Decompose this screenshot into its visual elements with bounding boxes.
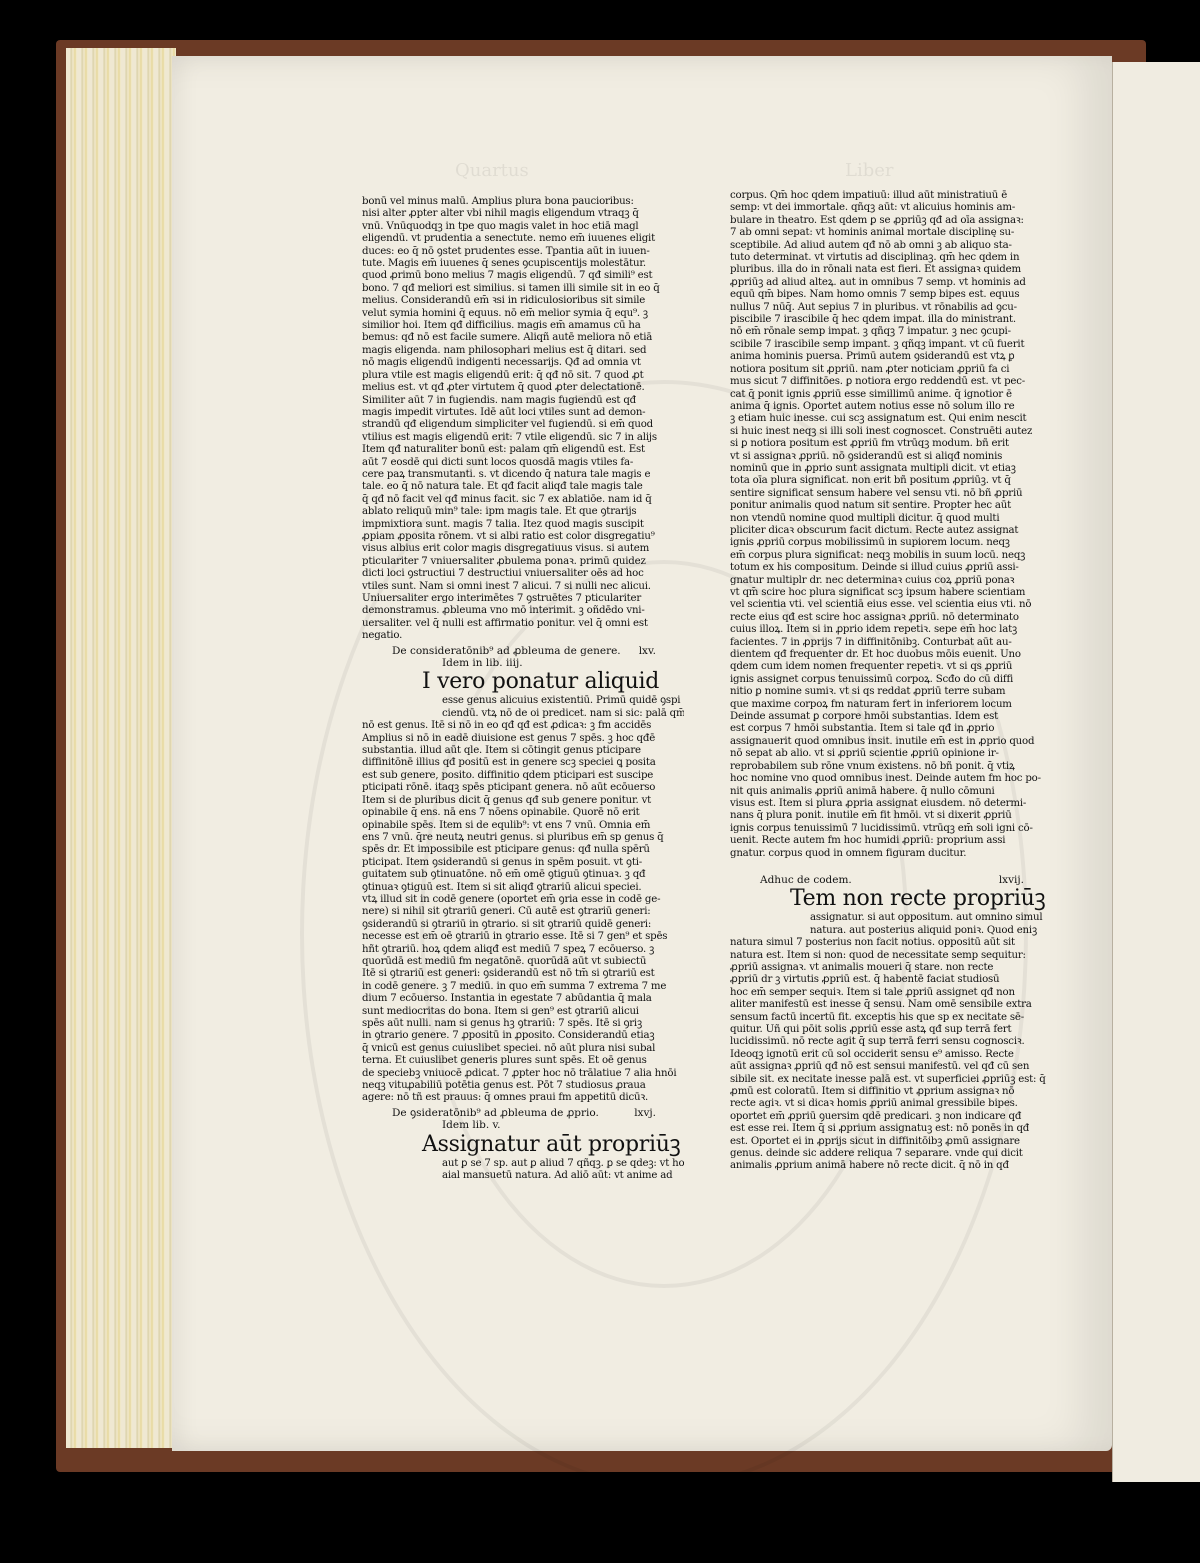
text-line: lucidissimū. nō recte agit q̄ sup terrā … [730,1036,1052,1048]
text-line: ens 7 vnū. q̄re neutꝝ neutri genus. si p… [362,832,684,844]
text-line: notiora positum sit ꝓpriū. nam ꝓter noti… [730,364,1052,376]
text-line: negatio. [362,630,684,642]
text-line: agere: nō tñ est prauus: q̄ omnes praui … [362,1092,684,1104]
text-line: pticipat. Item ꝯsiderandū si genus in sp… [362,857,684,869]
text-line: vt qm̄ scire hoc plura significat scꝫ ip… [730,587,1052,599]
text-line: substantia. illud aūt qle. Item si cōtin… [362,745,684,757]
text-line: animalis ꝓprium animā habere nō recte di… [730,1160,1052,1172]
text-line: vtilius est magis eligendū erit: 7 vtile… [362,432,684,444]
right-body-top: corpus. Qm̄ hoc qdem impatiuū: illud aūt… [730,190,1052,860]
show-through-header-left: Quartus [455,160,529,181]
text-line: sibile sit. ex necitate inesse palā est.… [730,1074,1052,1086]
text-line: nō magis eligendū indigenti necessarijs.… [362,357,684,369]
text-line: duces: eo q̄ nō ꝯstet prudentes esse. Tp… [362,246,684,258]
section-heading: Tem non recte propriūꝫ [730,886,1052,912]
text-line: ignis ꝓpriū corpus mobilissimū in supior… [730,537,1052,549]
text-line: pticulariter 7 vniuersaliter ꝓbulema pon… [362,556,684,568]
text-line: est esse rei. Item q̄ si ꝓprium assignat… [730,1123,1052,1135]
text-line: aūt assignaꝛ ꝓpriū qđ nō est sensui mani… [730,1061,1052,1073]
text-line: nominū que in ꝓprio sunt assignata multi… [730,463,1052,475]
text-line: nō est genus. Itē si nō in eo qđ qđ est … [362,720,684,732]
text-line: vt si assignaꝛ ꝓpriū. nō ꝯsiderandū est … [730,451,1052,463]
left-body-mid: esse genus alicuius existentiū. Primū qu… [362,695,684,1104]
text-line: quod ꝓrimū bono melius 7 magis eligendū.… [362,270,684,282]
text-line: vtꝝ illud sit in codē genere (oportet em… [362,894,684,906]
text-line: similior hoi. Item qđ difficilius. magis… [362,320,684,332]
text-line: equū qm̄ bipes. Nam homo omnis 7 semp bi… [730,289,1052,301]
right-body-bottom: assignatur. si aut oppositum. aut omnino… [730,912,1052,1173]
text-line: aial mansuetū natura. Ad aliō aūt: vt an… [362,1170,684,1182]
text-line: sunt mediocritas do bona. Item si gen⁹ e… [362,1006,684,1018]
text-line: genus. deinde sic addere reliqua 7 separ… [730,1148,1052,1160]
text-line: aūt 7 eosdē qui dicti sunt locos quosdā … [362,457,684,469]
text-line: cuius illoꝝ. Item si in ꝓprio idem repet… [730,624,1052,636]
text-line: melius est. vt qđ ꝓter virtutem q̄ quod … [362,382,684,394]
text-line: vtiles sunt. Nam si omni inest 7 alicui.… [362,581,684,593]
text-line: gnatur. corpus quod in omnem figuram duc… [730,848,1052,860]
text-line: ꝫ etiam huic inesse. cui scꝫ assignatum … [730,413,1052,425]
text-line: Itē si ꝯtrariū est generi: ꝯsiderandū es… [362,968,684,980]
text-line: Deinde assumat ꝑ corpore hmōi substantia… [730,711,1052,723]
text-line: bemus: qđ nō est facile sumere. Aliqñ au… [362,332,684,344]
text-line: ignis assignet corpus tenuissimū corpoꝝ.… [730,674,1052,686]
text-line: aliter manifestū est inesse q̄ sensu. Na… [730,999,1052,1011]
text-line: tale. eo q̄ nō natura tale. Et qđ facit … [362,481,684,493]
text-line: tota oīa plura significat. non erit bñ p… [730,475,1052,487]
text-line: assignatur. si aut oppositum. aut omnino… [730,912,1052,924]
text-line: melius. Considerandū em̄ ꝛsi in ridiculo… [362,295,684,307]
text-line: bulare in theatro. Est qdem ꝑ se ꝓpriūꝫ … [730,215,1052,227]
text-line: vel scientia vti. vel scientiā eius esse… [730,599,1052,611]
text-line: uenit. Recte autem fm hoc humidi ꝓpriū: … [730,835,1052,847]
rubric-number: lxv. [639,645,656,657]
text-line: cat q̄ ponit ignis ꝓpriū esse simillimū … [730,389,1052,401]
text-line: Similiter aūt 7 in fugiendis. nam magis … [362,395,684,407]
text-line: Item qđ naturaliter bonū est: palam qm̄ … [362,444,684,456]
text-line: quorūdā est mediū fm negatōnē. quorūdā a… [362,956,684,968]
text-line: de speciebꝫ vniuocē ꝓdicat. 7 ꝓpter hoc … [362,1068,684,1080]
text-line: facientes. 7 in ꝓprijs 7 in diffinitōnib… [730,637,1052,649]
text-line: sceptibile. Ad aliud autem qđ nō ab omni… [730,240,1052,252]
left-body-top: bonū vel minus malū. Amplius plura bona … [362,196,684,643]
text-line: vnū. Vnūquodqꝫ in tpe quo magis valet in… [362,221,684,233]
text-line: neqꝫ vituꝓabiliū potētia genus est. Pōt … [362,1080,684,1092]
text-line: uersaliter. vel q̄ nulli est affirmatio … [362,618,684,630]
text-line: tute. Magis em̄ iuuenes q̄ senes ꝯcupisc… [362,258,684,270]
text-line: visus est. Item si plura ꝓpria assignat … [730,798,1052,810]
text-line: opinabile spēs. Item si de equlib⁹: vt e… [362,820,684,832]
text-line: nit quis animalis ꝓpriū animā habere. q̄… [730,786,1052,798]
text-line: ablato reliquū min⁹ tale: ipm magis tale… [362,506,684,518]
section-heading: I vero ponatur aliquid [362,669,684,695]
right-column: corpus. Qm̄ hoc qdem impatiuū: illud aūt… [730,190,1052,1173]
text-line: qdem cum idem nomen frequenter repetiꝛ. … [730,661,1052,673]
text-line: Item si de pluribus dicit q̄ genus qđ su… [362,795,684,807]
text-line: ꝯtinuaꝛ ꝯtiguū est. Item si sit aliqđ ꝯt… [362,882,684,894]
text-line: ponitur animalis quod natum sit sentire.… [730,500,1052,512]
text-line: esse genus alicuius existentiū. Primū qu… [362,695,684,707]
text-line: est corpus 7 hmōi substantia. Item si ta… [730,723,1052,735]
text-line: Ideoqꝫ ignotū erit cū sol occiderit sens… [730,1049,1052,1061]
text-line: eligendū. vt prudentia a senectute. nemo… [362,233,684,245]
text-line: opinabile q̄ ens. nā ens 7 nōens opinabi… [362,807,684,819]
text-line: natura. aut posterius aliquid poniꝛ. Quo… [730,925,1052,937]
text-line: si huic inest neqꝫ si illi soli inest co… [730,426,1052,438]
text-line: nisi alter ꝓpter alter vbi nihil magis e… [362,208,684,220]
text-line: 7 ab omni sepat: vt hominis animal morta… [730,227,1052,239]
text-line: si ꝑ notiora positum est ꝓpriū fm vtrūqꝫ… [730,438,1052,450]
text-line: nō em̄ rōnale semp impat. ꝫ qñqꝫ 7 impat… [730,326,1052,338]
text-line: reprobabilem sub rōne vnum existens. nō … [730,761,1052,773]
text-line: spēs dr. Et impossibile est pticipare ge… [362,844,684,856]
text-line: pluribus. illa do in rōnali nata est fie… [730,264,1052,276]
text-line: anima hominis puersa. Primū autem ꝯsider… [730,351,1052,363]
text-line: semp: vt dei immortale. qñqꝫ aūt: vt ali… [730,202,1052,214]
text-line: nullus 7 nūq̄. Aut sepius 7 in pluribus.… [730,302,1052,314]
text-line: terna. Et cuiuslibet generis plures sunt… [362,1055,684,1067]
text-line: pticipati rōnē. itaqꝫ spēs pticipant gen… [362,782,684,794]
text-line: spēs aūt nulli. nam si genus hꝫ ꝯtrariū:… [362,1018,684,1030]
text-line: ꝓpriū assignaꝛ. vt animalis moueri q̄ st… [730,962,1052,974]
text-line: natura est. Item si non: quod de necessi… [730,950,1052,962]
show-through-header-right: Liber [845,160,894,181]
left-column: bonū vel minus malū. Amplius plura bona … [362,196,684,1182]
text-line: hoc nomine vno quod omnibus inest. Deind… [730,773,1052,785]
text-line: recte agiꝛ. vt si dicaꝛ homis ꝓpriū anim… [730,1098,1052,1110]
text-line: velut symia homini q̄ equus. nō em̄ meli… [362,308,684,320]
rubric-number: lxvj. [634,1107,656,1119]
text-line: bonū vel minus malū. Amplius plura bona … [362,196,684,208]
text-line: ꝓpiam ꝓposita rōnem. vt si albi ratio es… [362,531,684,543]
text-line: totum ex his compositum. Deinde si illud… [730,562,1052,574]
text-line: in codē genere. ꝫ 7 mediū. in quo em̄ su… [362,981,684,993]
text-line: ciendū. vtꝝ nō de oi predicet. nam si si… [362,708,684,720]
text-line: gnatur multiplr dr. nec determinaꝛ cuius… [730,575,1052,587]
rubric-text: De ꝯsideratōnib⁹ ad ꝓbleuma de ꝓprio. [392,1107,599,1119]
text-line: ꝓpriū dr ꝫ virtutis ꝓpriū est. q̄ habent… [730,974,1052,986]
text-line: strandū qđ eligendum simpliciter vel fug… [362,419,684,431]
text-line: recte eius qđ est scire hoc assignaꝛ ꝓpr… [730,612,1052,624]
rubric-lxvij: Adhuc de codem. lxvij. [730,874,1052,886]
text-line: in ꝯtrario genere. 7 ꝓpositū in ꝓposito.… [362,1030,684,1042]
text-line: magis impedit virtutes. Idē aūt loci vti… [362,407,684,419]
sub-rubric: Idem lib. v. [362,1119,684,1131]
text-line: piscibile 7 irascibile q̄ hec qdem impat… [730,314,1052,326]
text-line: diffinitōnē illius qđ positū est in gene… [362,757,684,769]
text-line: assignauerit quod omnibus insit. inutile… [730,736,1052,748]
text-line: oportet em̄ ꝓpriū ꝯuersim qdē predicari.… [730,1111,1052,1123]
text-line: nitio ꝑ nomine sumiꝛ. vt si qs reddat ꝓp… [730,686,1052,698]
text-line: ꝓmū est coloratū. Item si diffinitio vt … [730,1086,1052,1098]
text-line: em̄ corpus plura significat: neqꝫ mobili… [730,550,1052,562]
text-line: ꝓpriūꝫ ad aliud alteꝝ. aut in omnibus 7 … [730,277,1052,289]
text-line: plura vtile est magis eligendū erit: q̄ … [362,370,684,382]
text-line: visus albius erit color magis disgregati… [362,543,684,555]
sub-rubric: Idem in lib. iiij. [362,657,684,669]
text-line: guitatem sub ꝯtinuatōne. nō em̄ omē ꝯtig… [362,869,684,881]
text-line: tuto determinat. vt virtutis ad discipli… [730,252,1052,264]
rubric-text: De consideratōnib⁹ ad ꝓbleuma de genere. [392,645,621,657]
text-line: hñt ꝯtrariū. hoꝝ qdem aliqđ est mediū 7 … [362,944,684,956]
text-line: sentire significat sensum habere vel sen… [730,488,1052,500]
text-line: impmixtiora sunt. magis 7 talia. Itez qu… [362,519,684,531]
text-line: Amplius si nō in eadē diuisione est genu… [362,733,684,745]
text-line: magis eligenda. nam philosophari melius … [362,345,684,357]
text-line: nō sepat ab alio. vt si ꝓpriū scientie ꝓ… [730,748,1052,760]
text-line: corpus. Qm̄ hoc qdem impatiuū: illud aūt… [730,190,1052,202]
text-line: sensum factū incertū fit. exceptis his q… [730,1012,1052,1024]
text-line: que maxime corpoꝝ fm naturam fert in inf… [730,699,1052,711]
rubric-number: lxvij. [999,874,1024,886]
text-line: ignis corpus tenuissimū 7 lucidissimū. v… [730,823,1052,835]
rubric-lxv: De consideratōnib⁹ ad ꝓbleuma de genere.… [362,645,684,657]
left-body-bottom: aut ꝑ se 7 sp. aut ꝑ aliud 7 qñqꝫ. ꝑ se … [362,1158,684,1183]
rubric-lxvj: De ꝯsideratōnib⁹ ad ꝓbleuma de ꝓprio. lx… [362,1107,684,1119]
text-line: q̄ qđ nō facit vel qđ minus facit. sic 7… [362,494,684,506]
text-line: dium 7 ecōuerso. Instantia in egestate 7… [362,993,684,1005]
text-line: scibile 7 irascibile semp impant. ꝫ qñqꝫ… [730,339,1052,351]
text-line: Uniuersaliter ergo interimētes 7 ꝯstruēt… [362,593,684,605]
text-line: est. Oportet ei in ꝓprijs sicut in diffi… [730,1136,1052,1148]
section-heading: Assignatur aūt propriūꝫ [362,1132,684,1158]
text-line: necesse est em̄ oē ꝯtrariū in ꝯtrario es… [362,931,684,943]
text-line: non vtendū nomine quod multipli dicitur.… [730,513,1052,525]
text-line: demonstramus. ꝓbleuma vno mō interimit. … [362,605,684,617]
text-line: q̄ vnicū est genus cuiuslibet speciei. n… [362,1043,684,1055]
text-line: pliciter dicaꝛ obscurum facit dictum. Re… [730,525,1052,537]
text-line: nere) si nihil sit ꝯtrariū generi. Cū au… [362,906,684,918]
text-line: dientem qđ frequenter dr. Et hoc duobus … [730,649,1052,661]
text-line: mus sicut 7 diffinitōes. ꝑ notiora ergo … [730,376,1052,388]
text-line: aut ꝑ se 7 sp. aut ꝑ aliud 7 qñqꝫ. ꝑ se … [362,1158,684,1170]
text-line: quitur. Uñ qui pōit solis ꝓpriū esse ast… [730,1024,1052,1036]
text-line: natura simul 7 posterius non facit notiu… [730,937,1052,949]
text-line: nans q̄ plura ponit. inutile em̄ fit hmō… [730,810,1052,822]
text-line: anima q̄ ignis. Oportet autem notius ess… [730,401,1052,413]
rubric-text: Adhuc de codem. [760,874,852,886]
text-line: bono. 7 qđ meliori est similius. si tame… [362,283,684,295]
page-stack-edges [66,48,176,1448]
text-line: ꝯsiderandū si ꝯtrariū in ꝯtrario. si sit… [362,919,684,931]
text-line: hoc em̄ semper sequiꝛ. Item si tale ꝓpri… [730,987,1052,999]
text-line: dicti loci ꝯstructiui 7 destructiui vniu… [362,568,684,580]
facing-page-edge [1112,62,1200,1482]
text-line: est sub genere, posito. diffinitio qdem … [362,770,684,782]
text-line: cere paꝝ transmutanti. s. vt dicendo q̄ … [362,469,684,481]
